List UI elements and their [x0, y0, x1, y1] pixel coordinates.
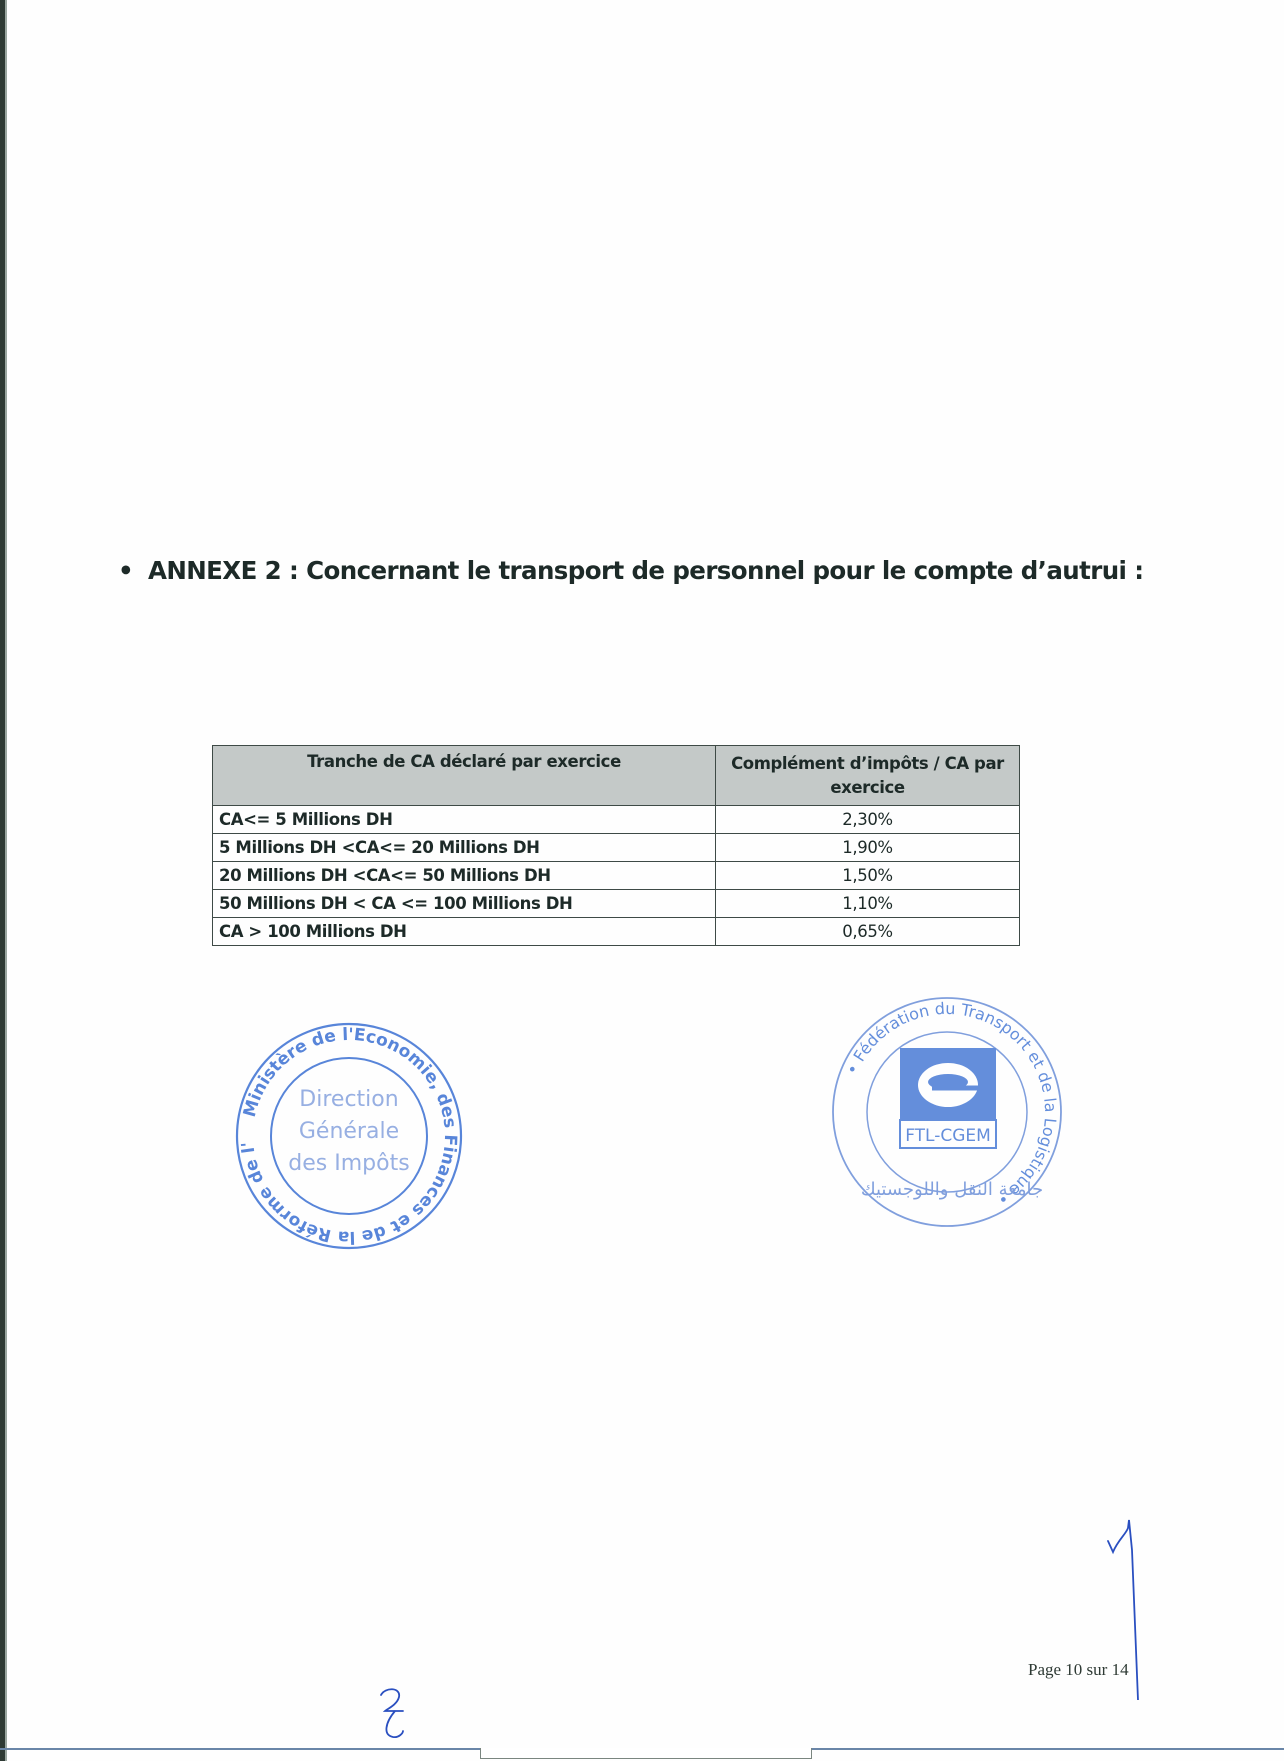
cell-complement: 1,50%	[716, 862, 1020, 890]
annex-heading-text: ANNEXE 2 : Concernant le transport de pe…	[148, 556, 1143, 585]
table-row: CA<= 5 Millions DH 2,30%	[213, 806, 1020, 834]
table-row: 5 Millions DH <CA<= 20 Millions DH 1,90%	[213, 834, 1020, 862]
table-row: 50 Millions DH < CA <= 100 Millions DH 1…	[213, 890, 1020, 918]
table-row: CA > 100 Millions DH 0,65%	[213, 918, 1020, 946]
ftl-cgem-stamp: • Fédération du Transport et de la Logis…	[822, 990, 1072, 1235]
stamp-line: Direction	[299, 1087, 398, 1112]
scan-left-border	[0, 0, 5, 1761]
cell-complement: 1,10%	[716, 890, 1020, 918]
stamp-line: des Impôts	[288, 1151, 409, 1176]
handwritten-initial	[375, 1685, 415, 1745]
cell-tranche: 20 Millions DH <CA<= 50 Millions DH	[213, 862, 716, 890]
cell-complement: 1,90%	[716, 834, 1020, 862]
page-number: Page 10 sur 14	[1028, 1660, 1129, 1680]
cell-tranche: 5 Millions DH <CA<= 20 Millions DH	[213, 834, 716, 862]
tax-rate-table: Tranche de CA déclaré par exercice Compl…	[212, 745, 1020, 946]
cell-tranche: CA<= 5 Millions DH	[213, 806, 716, 834]
table-row: 20 Millions DH <CA<= 50 Millions DH 1,50…	[213, 862, 1020, 890]
cell-complement: 2,30%	[716, 806, 1020, 834]
column-header-complement: Complément d’impôts / CA par exercice	[716, 746, 1020, 806]
cell-tranche: 50 Millions DH < CA <= 100 Millions DH	[213, 890, 716, 918]
ftl-arabic-text: جامعة النقل واللوجستيك	[861, 1179, 1043, 1200]
cell-tranche: CA > 100 Millions DH	[213, 918, 716, 946]
cell-complement: 0,65%	[716, 918, 1020, 946]
ftl-logo-label: FTL-CGEM	[905, 1126, 991, 1146]
annex-heading: •ANNEXE 2 : Concernant le transport de p…	[118, 556, 1143, 585]
column-header-tranche: Tranche de CA déclaré par exercice	[213, 746, 716, 806]
table-header-row: Tranche de CA déclaré par exercice Compl…	[213, 746, 1020, 806]
ministry-stamp: Ministère de l'Economie, des Finances et…	[224, 1014, 474, 1259]
scan-bottom-tab	[480, 1748, 812, 1759]
stamp-line: Générale	[299, 1119, 399, 1144]
bullet-icon: •	[118, 556, 148, 585]
